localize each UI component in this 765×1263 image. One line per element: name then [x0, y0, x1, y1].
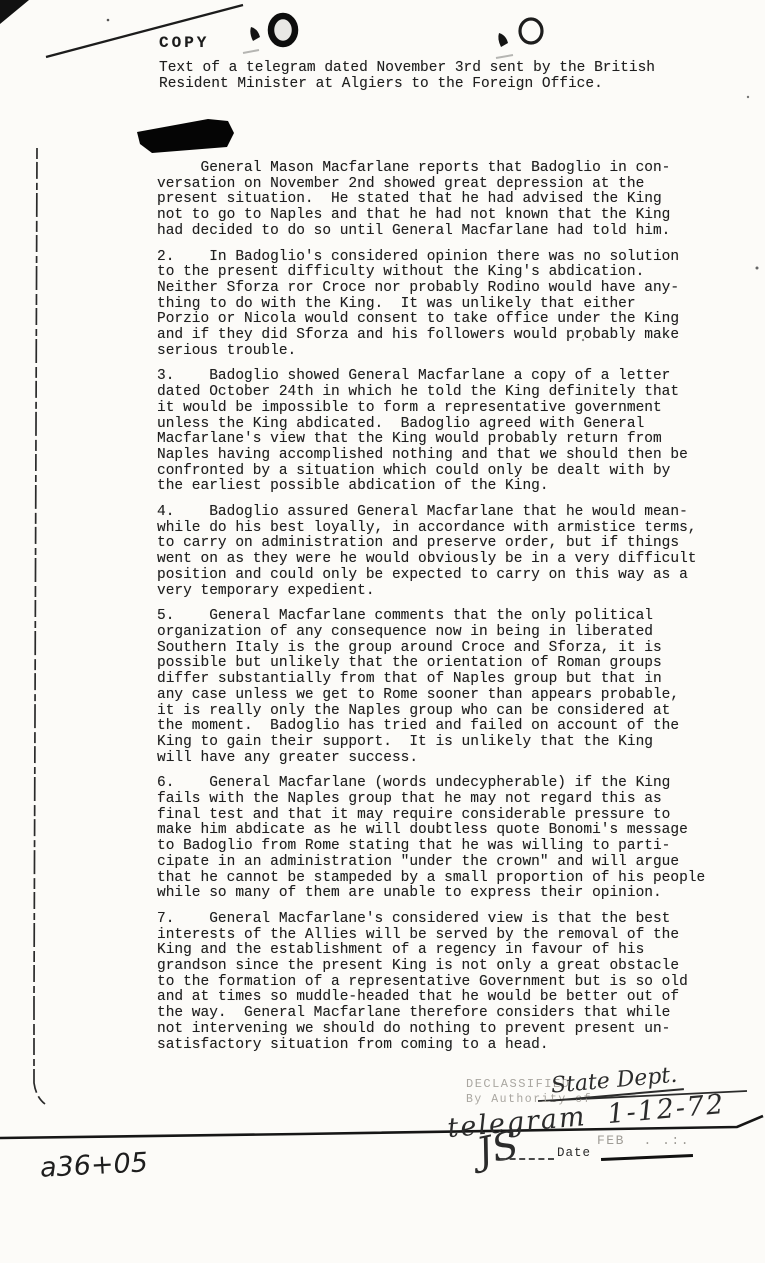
paragraph-1: General Mason Macfarlane reports that Ba… — [157, 161, 737, 240]
speck — [747, 96, 749, 98]
left-binding-line — [34, 148, 45, 1104]
paragraph-7: 7. General Macfarlane's considered view … — [157, 912, 737, 1053]
redaction-mark — [137, 119, 234, 153]
copy-label: COPY — [159, 34, 209, 52]
ink-smudge-left — [250, 27, 260, 41]
initials-handwritten: JS — [473, 1122, 523, 1174]
punch-hole-right-icon — [520, 19, 542, 43]
paragraph-6: 6. General Macfarlane (words undecyphera… — [157, 776, 737, 902]
paragraph-2: 2. In Badoglio's considered opinion ther… — [157, 250, 737, 360]
scanned-telegram-page: COPY Text of a telegram dated November 3… — [0, 0, 765, 1263]
paragraph-4: 4. Badoglio assured General Macfarlane t… — [157, 505, 737, 599]
document-header: Text of a telegram dated November 3rd se… — [159, 60, 655, 92]
speck — [756, 267, 759, 270]
punch-hole-left-icon — [271, 16, 295, 44]
ink-smudge-right — [498, 33, 508, 47]
smudge-dash-left — [243, 50, 259, 53]
date-dotted-leader — [500, 1158, 554, 1160]
date-label: Date — [557, 1146, 591, 1160]
paragraph-5: 5. General Macfarlane comments that the … — [157, 609, 737, 766]
margin-code-handwritten: a36+05 — [39, 1147, 148, 1184]
date-underline — [601, 1154, 693, 1161]
corner-mark — [0, 0, 29, 24]
telegram-body: General Mason Macfarlane reports that Ba… — [157, 161, 737, 1063]
diagonal-line — [46, 5, 243, 57]
month-stamp: FEB . .:. — [597, 1133, 690, 1148]
paragraph-3: 3. Badoglio showed General Macfarlane a … — [157, 369, 737, 495]
speck — [107, 19, 110, 22]
smudge-dash-right — [496, 55, 513, 58]
